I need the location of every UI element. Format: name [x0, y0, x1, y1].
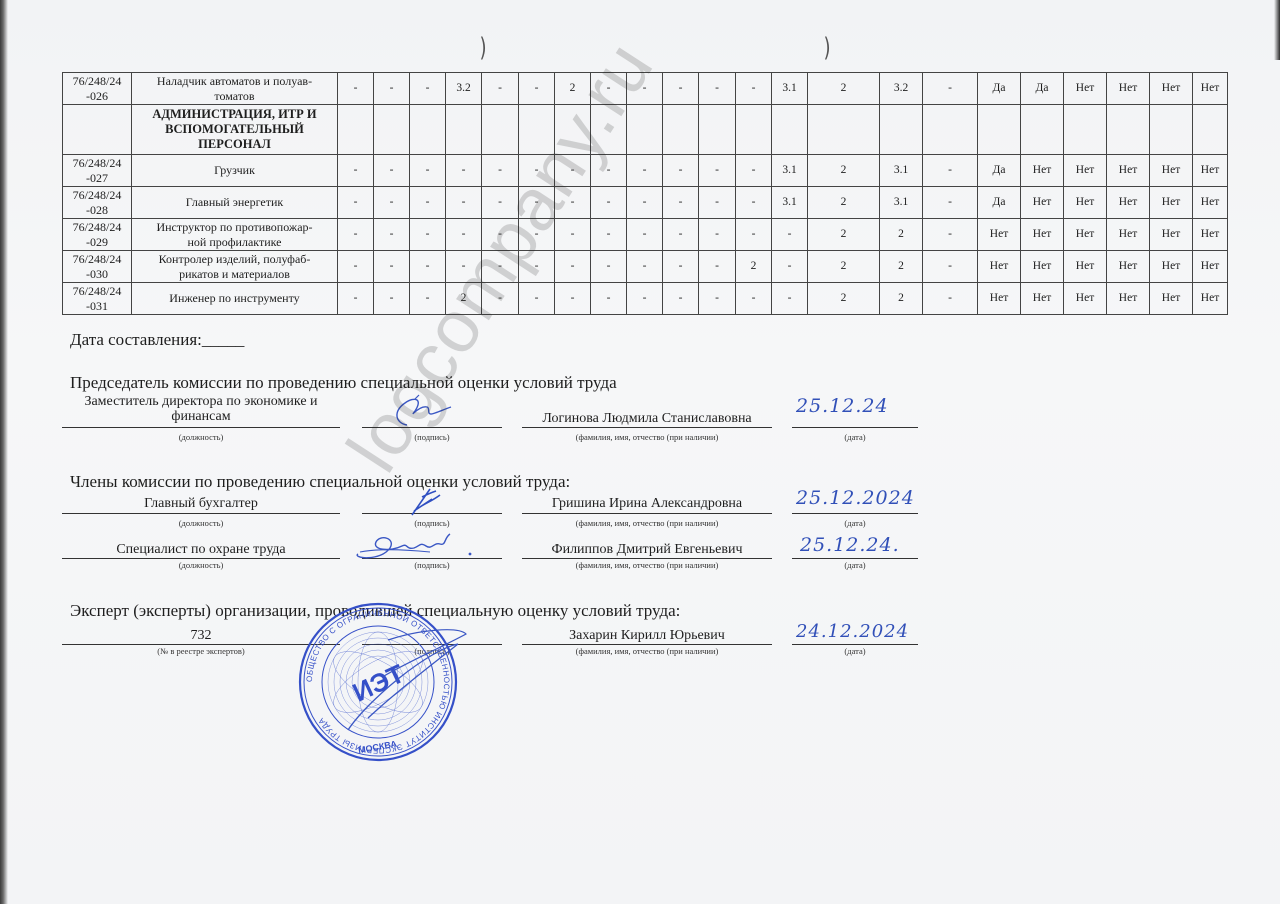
chairman-signature — [385, 393, 455, 433]
caption-signature: (подпись) — [362, 518, 502, 528]
factor-class-cell: - — [736, 73, 772, 105]
factor-class-cell: - — [627, 73, 663, 105]
factor-class-cell: - — [410, 73, 446, 105]
empty-cell — [410, 105, 446, 155]
table-row: 76/248/24-031Инженер по инструменту---2-… — [63, 283, 1228, 315]
table-row: 76/248/24-029Инструктор по противопожар-… — [63, 219, 1228, 251]
caption-position: (должность) — [62, 560, 340, 570]
factor-class-cell: - — [338, 283, 374, 315]
empty-cell — [880, 105, 923, 155]
code-cell — [63, 105, 132, 155]
job-title: Контролер изделий, полуфаб-рикатов и мат… — [132, 251, 338, 283]
reduced-class-cell: - — [923, 219, 978, 251]
factor-class-cell: - — [374, 73, 410, 105]
code-line: -030 — [64, 267, 130, 282]
factor-class-cell: - — [663, 73, 699, 105]
flag-cell: Нет — [978, 283, 1021, 315]
workplace-code: 76/248/24-026 — [63, 73, 132, 105]
workplace-code: 76/248/24-028 — [63, 187, 132, 219]
job-title-line: Инженер по инструменту — [133, 291, 336, 306]
section-title-line: АДМИНИСТРАЦИЯ, ИТР И — [133, 107, 336, 122]
flag-cell: Нет — [1193, 187, 1228, 219]
empty-cell — [519, 105, 555, 155]
date-line — [792, 558, 918, 559]
member-1-date: 25.12.2024 — [796, 487, 915, 509]
flag-cell: Нет — [978, 251, 1021, 283]
job-title: Инженер по инструменту — [132, 283, 338, 315]
factor-class-cell: - — [591, 219, 627, 251]
empty-cell — [1150, 105, 1193, 155]
factor-class-cell: - — [482, 155, 519, 187]
factor-class-cell: - — [374, 219, 410, 251]
chairman-date: 25.12.24 — [796, 395, 889, 417]
empty-cell — [1064, 105, 1107, 155]
flag-cell: Нет — [1064, 155, 1107, 187]
empty-cell — [1107, 105, 1150, 155]
flag-cell: Нет — [1150, 219, 1193, 251]
code-line: 76/248/24 — [64, 284, 130, 299]
stamp-center-text: ИЭТ — [348, 658, 409, 708]
reduced-class-cell: - — [923, 283, 978, 315]
factor-class-cell: - — [736, 187, 772, 219]
factor-class-cell: - — [482, 219, 519, 251]
reduced-class-cell: - — [923, 155, 978, 187]
job-title-line: Главный энергетик — [133, 195, 336, 210]
factor-class-cell: - — [699, 219, 736, 251]
empty-cell — [627, 105, 663, 155]
factor-class-cell: - — [772, 283, 808, 315]
result-class-cell: 2 — [880, 219, 923, 251]
flag-cell: Нет — [1150, 73, 1193, 105]
result-class-cell: 3.1 — [880, 155, 923, 187]
factor-class-cell: 3.1 — [772, 73, 808, 105]
flag-cell: Да — [978, 187, 1021, 219]
date-line — [792, 644, 918, 645]
flag-cell: Нет — [1064, 73, 1107, 105]
factor-class-cell: - — [555, 283, 591, 315]
sout-results-table: 76/248/24-026Наладчик автоматов и полуав… — [62, 72, 1228, 315]
empty-cell — [1193, 105, 1228, 155]
factor-class-cell: - — [627, 155, 663, 187]
empty-cell — [808, 105, 880, 155]
factor-class-cell: - — [591, 251, 627, 283]
factor-class-cell: - — [772, 251, 808, 283]
factor-class-cell: - — [555, 187, 591, 219]
member-2-full-name: Филиппов Дмитрий Евгеньевич — [522, 542, 772, 557]
empty-cell — [374, 105, 410, 155]
empty-cell — [923, 105, 978, 155]
empty-cell — [978, 105, 1021, 155]
factor-class-cell: - — [338, 251, 374, 283]
factor-class-cell: - — [374, 251, 410, 283]
caption-date: (дата) — [792, 646, 918, 656]
factor-class-cell: - — [446, 251, 482, 283]
empty-cell — [736, 105, 772, 155]
table-row: 76/248/24-026Наладчик автоматов и полуав… — [63, 73, 1228, 105]
flag-cell: Да — [1021, 73, 1064, 105]
document-page: ) ) 76/248/24-026Наладчик автоматов и по… — [0, 0, 1280, 904]
factor-class-cell: - — [772, 219, 808, 251]
table-row: 76/248/24-028Главный энергетик----------… — [63, 187, 1228, 219]
flag-cell: Нет — [978, 219, 1021, 251]
flag-cell: Нет — [1150, 155, 1193, 187]
factor-class-cell: - — [482, 73, 519, 105]
name-line — [522, 427, 772, 428]
scan-edge-left — [0, 0, 8, 904]
chairman-position-line1: Заместитель директора по экономике и — [62, 394, 340, 409]
chairman-full-name: Логинова Людмила Станиславовна — [522, 411, 772, 426]
flag-cell: Нет — [1107, 73, 1150, 105]
caption-full-name: (фамилия, имя, отчество (при наличии) — [522, 518, 772, 528]
position-line — [62, 558, 340, 559]
caption-position: (должность) — [62, 432, 340, 442]
empty-cell — [338, 105, 374, 155]
caption-date: (дата) — [792, 432, 918, 442]
total-class-cell: 2 — [808, 155, 880, 187]
factor-class-cell: - — [410, 219, 446, 251]
factor-class-cell: - — [374, 155, 410, 187]
chairman-position-line2: финансам — [62, 409, 340, 424]
flag-cell: Нет — [1150, 283, 1193, 315]
member-2-position: Специалист по охране труда — [62, 542, 340, 557]
factor-class-cell: - — [482, 251, 519, 283]
factor-class-cell: 2 — [555, 73, 591, 105]
position-line — [62, 427, 340, 428]
factor-class-cell: - — [555, 155, 591, 187]
flag-cell: Нет — [1150, 187, 1193, 219]
caption-full-name: (фамилия, имя, отчество (при наличии) — [522, 560, 772, 570]
scan-edge-right — [1274, 0, 1280, 60]
code-line: 76/248/24 — [64, 252, 130, 267]
result-class-cell: 2 — [880, 283, 923, 315]
reduced-class-cell: - — [923, 251, 978, 283]
flag-cell: Нет — [1193, 251, 1228, 283]
workplace-code: 76/248/24-029 — [63, 219, 132, 251]
empty-cell — [1021, 105, 1064, 155]
result-class-cell: 3.1 — [880, 187, 923, 219]
flag-cell: Нет — [1064, 187, 1107, 219]
factor-class-cell: - — [699, 283, 736, 315]
workplace-code: 76/248/24-030 — [63, 251, 132, 283]
factor-class-cell: - — [663, 155, 699, 187]
date-line — [792, 513, 918, 514]
factor-class-cell: 2 — [736, 251, 772, 283]
member-2-date: 25.12.24. — [800, 534, 900, 556]
total-class-cell: 2 — [808, 187, 880, 219]
job-title: Грузчик — [132, 155, 338, 187]
factor-class-cell: - — [338, 155, 374, 187]
punch-hole-mark: ) — [480, 33, 487, 63]
caption-position: (должность) — [62, 518, 340, 528]
job-title-line: томатов — [133, 89, 336, 104]
code-line: -026 — [64, 89, 130, 104]
flag-cell: Нет — [1193, 283, 1228, 315]
reduced-class-cell: - — [923, 187, 978, 219]
factor-class-cell: - — [446, 155, 482, 187]
total-class-cell: 2 — [808, 283, 880, 315]
result-class-cell: 2 — [880, 251, 923, 283]
caption-full-name: (фамилия, имя, отчество (при наличии) — [522, 646, 772, 656]
factor-class-cell: - — [663, 219, 699, 251]
total-class-cell: 2 — [808, 251, 880, 283]
workplace-code: 76/248/24-031 — [63, 283, 132, 315]
table-row: 76/248/24-030Контролер изделий, полуфаб-… — [63, 251, 1228, 283]
table-row: 76/248/24-027Грузчик------------3.123.1-… — [63, 155, 1228, 187]
code-line: 76/248/24 — [64, 220, 130, 235]
flag-cell: Нет — [1064, 251, 1107, 283]
flag-cell: Нет — [1107, 283, 1150, 315]
factor-class-cell: - — [699, 187, 736, 219]
caption-date: (дата) — [792, 518, 918, 528]
factor-class-cell: 3.2 — [446, 73, 482, 105]
factor-class-cell: - — [519, 155, 555, 187]
factor-class-cell: - — [410, 283, 446, 315]
factor-class-cell: - — [555, 219, 591, 251]
job-title-line: рикатов и материалов — [133, 267, 336, 282]
chairman-heading: Председатель комиссии по проведению спец… — [70, 373, 617, 393]
section-title-line: ПЕРСОНАЛ — [133, 137, 336, 152]
flag-cell: Нет — [1193, 219, 1228, 251]
flag-cell: Нет — [1193, 155, 1228, 187]
flag-cell: Да — [978, 73, 1021, 105]
factor-class-cell: - — [736, 283, 772, 315]
flag-cell: Нет — [1021, 155, 1064, 187]
caption-date: (дата) — [792, 560, 918, 570]
flag-cell: Нет — [1021, 283, 1064, 315]
workplace-code: 76/248/24-027 — [63, 155, 132, 187]
flag-cell: Нет — [1021, 251, 1064, 283]
factor-class-cell: - — [410, 251, 446, 283]
member-1-full-name: Гришина Ирина Александровна — [522, 496, 772, 511]
code-line: -029 — [64, 235, 130, 250]
reduced-class-cell: - — [923, 73, 978, 105]
factor-class-cell: - — [591, 283, 627, 315]
job-title-line: Инструктор по противопожар- — [133, 220, 336, 235]
chairman-position: Заместитель директора по экономике и фин… — [62, 394, 340, 424]
factor-class-cell: - — [591, 73, 627, 105]
factor-class-cell: - — [663, 251, 699, 283]
flag-cell: Нет — [1193, 73, 1228, 105]
total-class-cell: 2 — [808, 73, 880, 105]
code-line: -027 — [64, 171, 130, 186]
date-compiled-label: Дата составления:_____ — [70, 330, 244, 350]
flag-cell: Нет — [1064, 283, 1107, 315]
factor-class-cell: - — [663, 283, 699, 315]
section-title: АДМИНИСТРАЦИЯ, ИТР ИВСПОМОГАТЕЛЬНЫЙПЕРСО… — [132, 105, 338, 155]
code-line: 76/248/24 — [64, 74, 130, 89]
factor-class-cell: - — [591, 187, 627, 219]
factor-class-cell: - — [627, 219, 663, 251]
factor-class-cell: - — [519, 283, 555, 315]
job-title-line: Наладчик автоматов и полуав- — [133, 74, 336, 89]
factor-class-cell: 3.1 — [772, 187, 808, 219]
caption-full-name: (фамилия, имя, отчество (при наличии) — [522, 432, 772, 442]
empty-cell — [555, 105, 591, 155]
flag-cell: Нет — [1064, 219, 1107, 251]
factor-class-cell: - — [519, 187, 555, 219]
job-title: Инструктор по противопожар-ной профилакт… — [132, 219, 338, 251]
empty-cell — [446, 105, 482, 155]
factor-class-cell: - — [591, 155, 627, 187]
section-title-line: ВСПОМОГАТЕЛЬНЫЙ — [133, 122, 336, 137]
expert-date: 24.12.2024 — [796, 621, 909, 642]
name-line — [522, 513, 772, 514]
organization-stamp: ОБЩЕСТВО С ОГРАНИЧЕННОЙ ОТВЕТСТВЕННОСТЬЮ… — [288, 600, 468, 765]
factor-class-cell: - — [663, 187, 699, 219]
factor-class-cell: - — [482, 283, 519, 315]
punch-hole-mark: ) — [824, 33, 831, 63]
factor-class-cell: - — [338, 219, 374, 251]
factor-class-cell: - — [374, 187, 410, 219]
factor-class-cell: - — [736, 155, 772, 187]
caption-signature: (подпись) — [362, 432, 502, 442]
factor-class-cell: 2 — [446, 283, 482, 315]
factor-class-cell: - — [519, 73, 555, 105]
flag-cell: Нет — [1150, 251, 1193, 283]
factor-class-cell: 3.1 — [772, 155, 808, 187]
section-header-row: АДМИНИСТРАЦИЯ, ИТР ИВСПОМОГАТЕЛЬНЫЙПЕРСО… — [63, 105, 1228, 155]
factor-class-cell: - — [555, 251, 591, 283]
position-line — [62, 513, 340, 514]
job-title-line: Контролер изделий, полуфаб- — [133, 252, 336, 267]
flag-cell: Нет — [1021, 187, 1064, 219]
flag-cell: Да — [978, 155, 1021, 187]
member-1-position: Главный бухгалтер — [62, 496, 340, 511]
job-title: Главный энергетик — [132, 187, 338, 219]
job-title-line: Грузчик — [133, 163, 336, 178]
factor-class-cell: - — [374, 283, 410, 315]
caption-signature: (подпись) — [362, 560, 502, 570]
factor-class-cell: - — [627, 251, 663, 283]
name-line — [522, 558, 772, 559]
expert-full-name: Захарин Кирилл Юрьевич — [522, 628, 772, 643]
flag-cell: Нет — [1107, 219, 1150, 251]
factor-class-cell: - — [410, 155, 446, 187]
code-line: 76/248/24 — [64, 188, 130, 203]
factor-class-cell: - — [482, 187, 519, 219]
code-line: -028 — [64, 203, 130, 218]
factor-class-cell: - — [627, 283, 663, 315]
factor-class-cell: - — [519, 219, 555, 251]
factor-class-cell: - — [338, 187, 374, 219]
factor-class-cell: - — [446, 219, 482, 251]
factor-class-cell: - — [338, 73, 374, 105]
total-class-cell: 2 — [808, 219, 880, 251]
members-heading: Члены комиссии по проведению специальной… — [70, 472, 570, 492]
empty-cell — [591, 105, 627, 155]
empty-cell — [482, 105, 519, 155]
factor-class-cell: - — [699, 155, 736, 187]
result-class-cell: 3.2 — [880, 73, 923, 105]
empty-cell — [699, 105, 736, 155]
factor-class-cell: - — [446, 187, 482, 219]
code-line: 76/248/24 — [64, 156, 130, 171]
factor-class-cell: - — [699, 73, 736, 105]
code-line: -031 — [64, 299, 130, 314]
date-line — [792, 427, 918, 428]
flag-cell: Нет — [1107, 187, 1150, 219]
flag-cell: Нет — [1107, 155, 1150, 187]
job-title-line: ной профилактике — [133, 235, 336, 250]
factor-class-cell: - — [519, 251, 555, 283]
flag-cell: Нет — [1021, 219, 1064, 251]
factor-class-cell: - — [736, 219, 772, 251]
empty-cell — [663, 105, 699, 155]
member-2-signature — [350, 528, 480, 564]
empty-cell — [772, 105, 808, 155]
factor-class-cell: - — [410, 187, 446, 219]
name-line — [522, 644, 772, 645]
flag-cell: Нет — [1107, 251, 1150, 283]
factor-class-cell: - — [699, 251, 736, 283]
job-title: Наладчик автоматов и полуав-томатов — [132, 73, 338, 105]
factor-class-cell: - — [627, 187, 663, 219]
